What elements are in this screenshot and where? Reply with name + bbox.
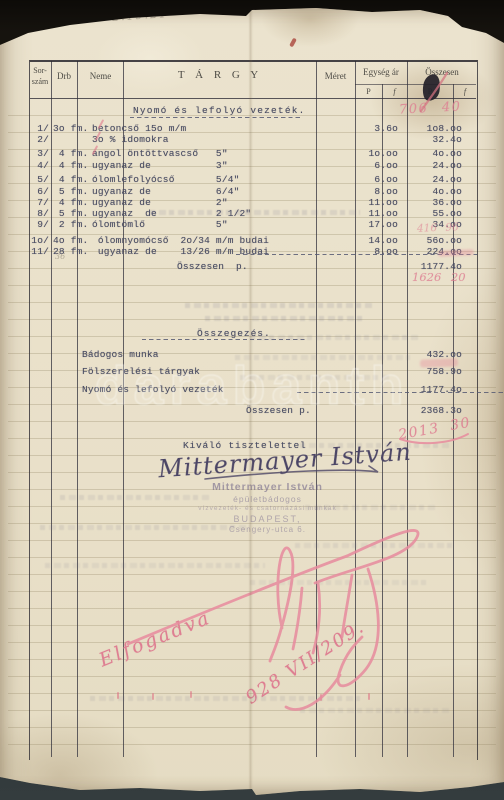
row-number: 9/: [28, 219, 49, 230]
row-unit-price: 8.oo: [330, 186, 398, 197]
row-quantity: 4 fm.: [53, 160, 88, 171]
red-tick: [190, 691, 192, 698]
bleedthrough: [60, 495, 210, 500]
stamp-name: Mittermayer István: [165, 481, 370, 493]
header-total: Összesen: [407, 67, 477, 77]
row-unit-price: 11.oo: [330, 197, 398, 208]
row-number: 3/: [28, 148, 49, 159]
section-title: Nyomó és lefolyó vezeték.: [133, 105, 306, 116]
row-unit-price: 6.oo: [330, 160, 398, 171]
row-number: 1/: [28, 123, 49, 134]
row-total: 24.oo: [395, 174, 462, 185]
row-subject: ugyanaz de 2": [92, 197, 228, 208]
row-number: 5/: [28, 174, 49, 185]
subtotal-label: Összesen p.: [177, 261, 248, 272]
bleedthrough: [300, 708, 450, 713]
row-subject: ugyanaz de 6/4": [92, 186, 240, 197]
bleedthrough: [250, 580, 430, 585]
row-quantity: 2 fm.: [53, 219, 88, 230]
row-subject: ólomlefolyócső 5/4": [92, 174, 240, 185]
red-note-subtotal: 1626 20: [412, 270, 466, 284]
row-unit-price: 17.oo: [330, 219, 398, 230]
section-title-underline: [130, 117, 303, 118]
row-unit-price: 1o.oo: [330, 148, 398, 159]
bleedthrough: [150, 210, 360, 215]
bleedthrough: [205, 316, 365, 321]
auction-watermark: darabanth: [0, 355, 504, 417]
header-total-f: f: [453, 87, 477, 96]
invoice-paper: 2.19.21 Sor- szám Drb Neme T Á R G Y Mér…: [0, 3, 504, 797]
pencil-note: 2.19.21: [112, 7, 169, 24]
row-number: 4/: [28, 160, 49, 171]
header-unit-f: f: [382, 87, 407, 96]
stamp-city: BUDAPEST,: [165, 514, 370, 524]
row-total: 32.4o: [395, 134, 462, 145]
subheader-divider: [355, 84, 476, 85]
red-tick: [152, 693, 154, 700]
bleedthrough: [300, 443, 450, 448]
row-total: 4o.oo: [395, 186, 462, 197]
bleedthrough: [295, 543, 455, 548]
red-ink-dot: [289, 38, 297, 48]
scanned-invoice-photo: { "colors": { "paper": "#eae2cd", "typed…: [0, 0, 504, 800]
row-quantity: 3o fm.: [53, 123, 88, 134]
red-tick: [117, 692, 119, 699]
row-total: 24.oo: [395, 160, 462, 171]
bleedthrough: [305, 505, 435, 510]
row-total: 36.oo: [395, 197, 462, 208]
row-quantity: 4 fm.: [53, 174, 88, 185]
header-unit-p: P: [355, 87, 382, 96]
bleedthrough: [45, 563, 265, 568]
row-quantity: 5 fm.: [53, 208, 88, 219]
row-number: 6/: [28, 186, 49, 197]
row-subject: ugyanaz de 13/26 m/m budai: [92, 246, 269, 257]
header-size: Méret: [316, 71, 355, 81]
row-quantity: 5 fm.: [53, 186, 88, 197]
row-number: 7/: [28, 197, 49, 208]
row-subject: ugyanaz de 3": [92, 160, 228, 171]
row-number: 1o/: [28, 235, 49, 246]
row-number: 8/: [28, 208, 49, 219]
header-subject: T Á R G Y: [124, 69, 316, 81]
header-no-1: Sor-: [32, 66, 48, 75]
row-subject: ólomtömlő 5": [92, 219, 228, 230]
bleedthrough: [40, 525, 250, 530]
header-kind: Neme: [78, 71, 123, 81]
row-total: 1o8.oo: [395, 123, 462, 134]
red-tick: [368, 693, 370, 700]
row-total: 4o.oo: [395, 148, 462, 159]
row-subject: betoncső 15o m/m: [92, 123, 186, 134]
row-unit-price: 6.oo: [330, 174, 398, 185]
row-subject: angol öntöttvascső 5": [92, 148, 228, 159]
header-qty: Drb: [51, 71, 77, 81]
header-unit-price: Egység ár: [355, 67, 407, 77]
row-quantity: 4 fm.: [53, 148, 88, 159]
pencil-qty-correction: 36: [55, 252, 65, 261]
bleedthrough: [185, 303, 375, 308]
row-unit-price: 3.6o: [330, 123, 398, 134]
red-tick: [320, 694, 322, 701]
row-subject: ólomnyomócső 2o/34 m/m budai: [92, 235, 269, 246]
red-note-column: 416 96: [417, 221, 459, 234]
row-unit-price: 8.oo: [330, 246, 398, 257]
row-number: 11/: [28, 246, 49, 257]
row-total: 56o.oo: [395, 235, 462, 246]
row-unit-price: 14.oo: [330, 235, 398, 246]
header-divider: [30, 98, 476, 99]
row-number: 2/: [28, 134, 49, 145]
row-quantity: 4 fm.: [53, 197, 88, 208]
row-subject: 3o % idomokra: [92, 134, 169, 145]
row-quantity: 4o fm.: [53, 235, 88, 246]
row-total: 55.oo: [395, 208, 462, 219]
bleedthrough: [250, 335, 420, 340]
header-no-2: szám: [31, 77, 49, 86]
